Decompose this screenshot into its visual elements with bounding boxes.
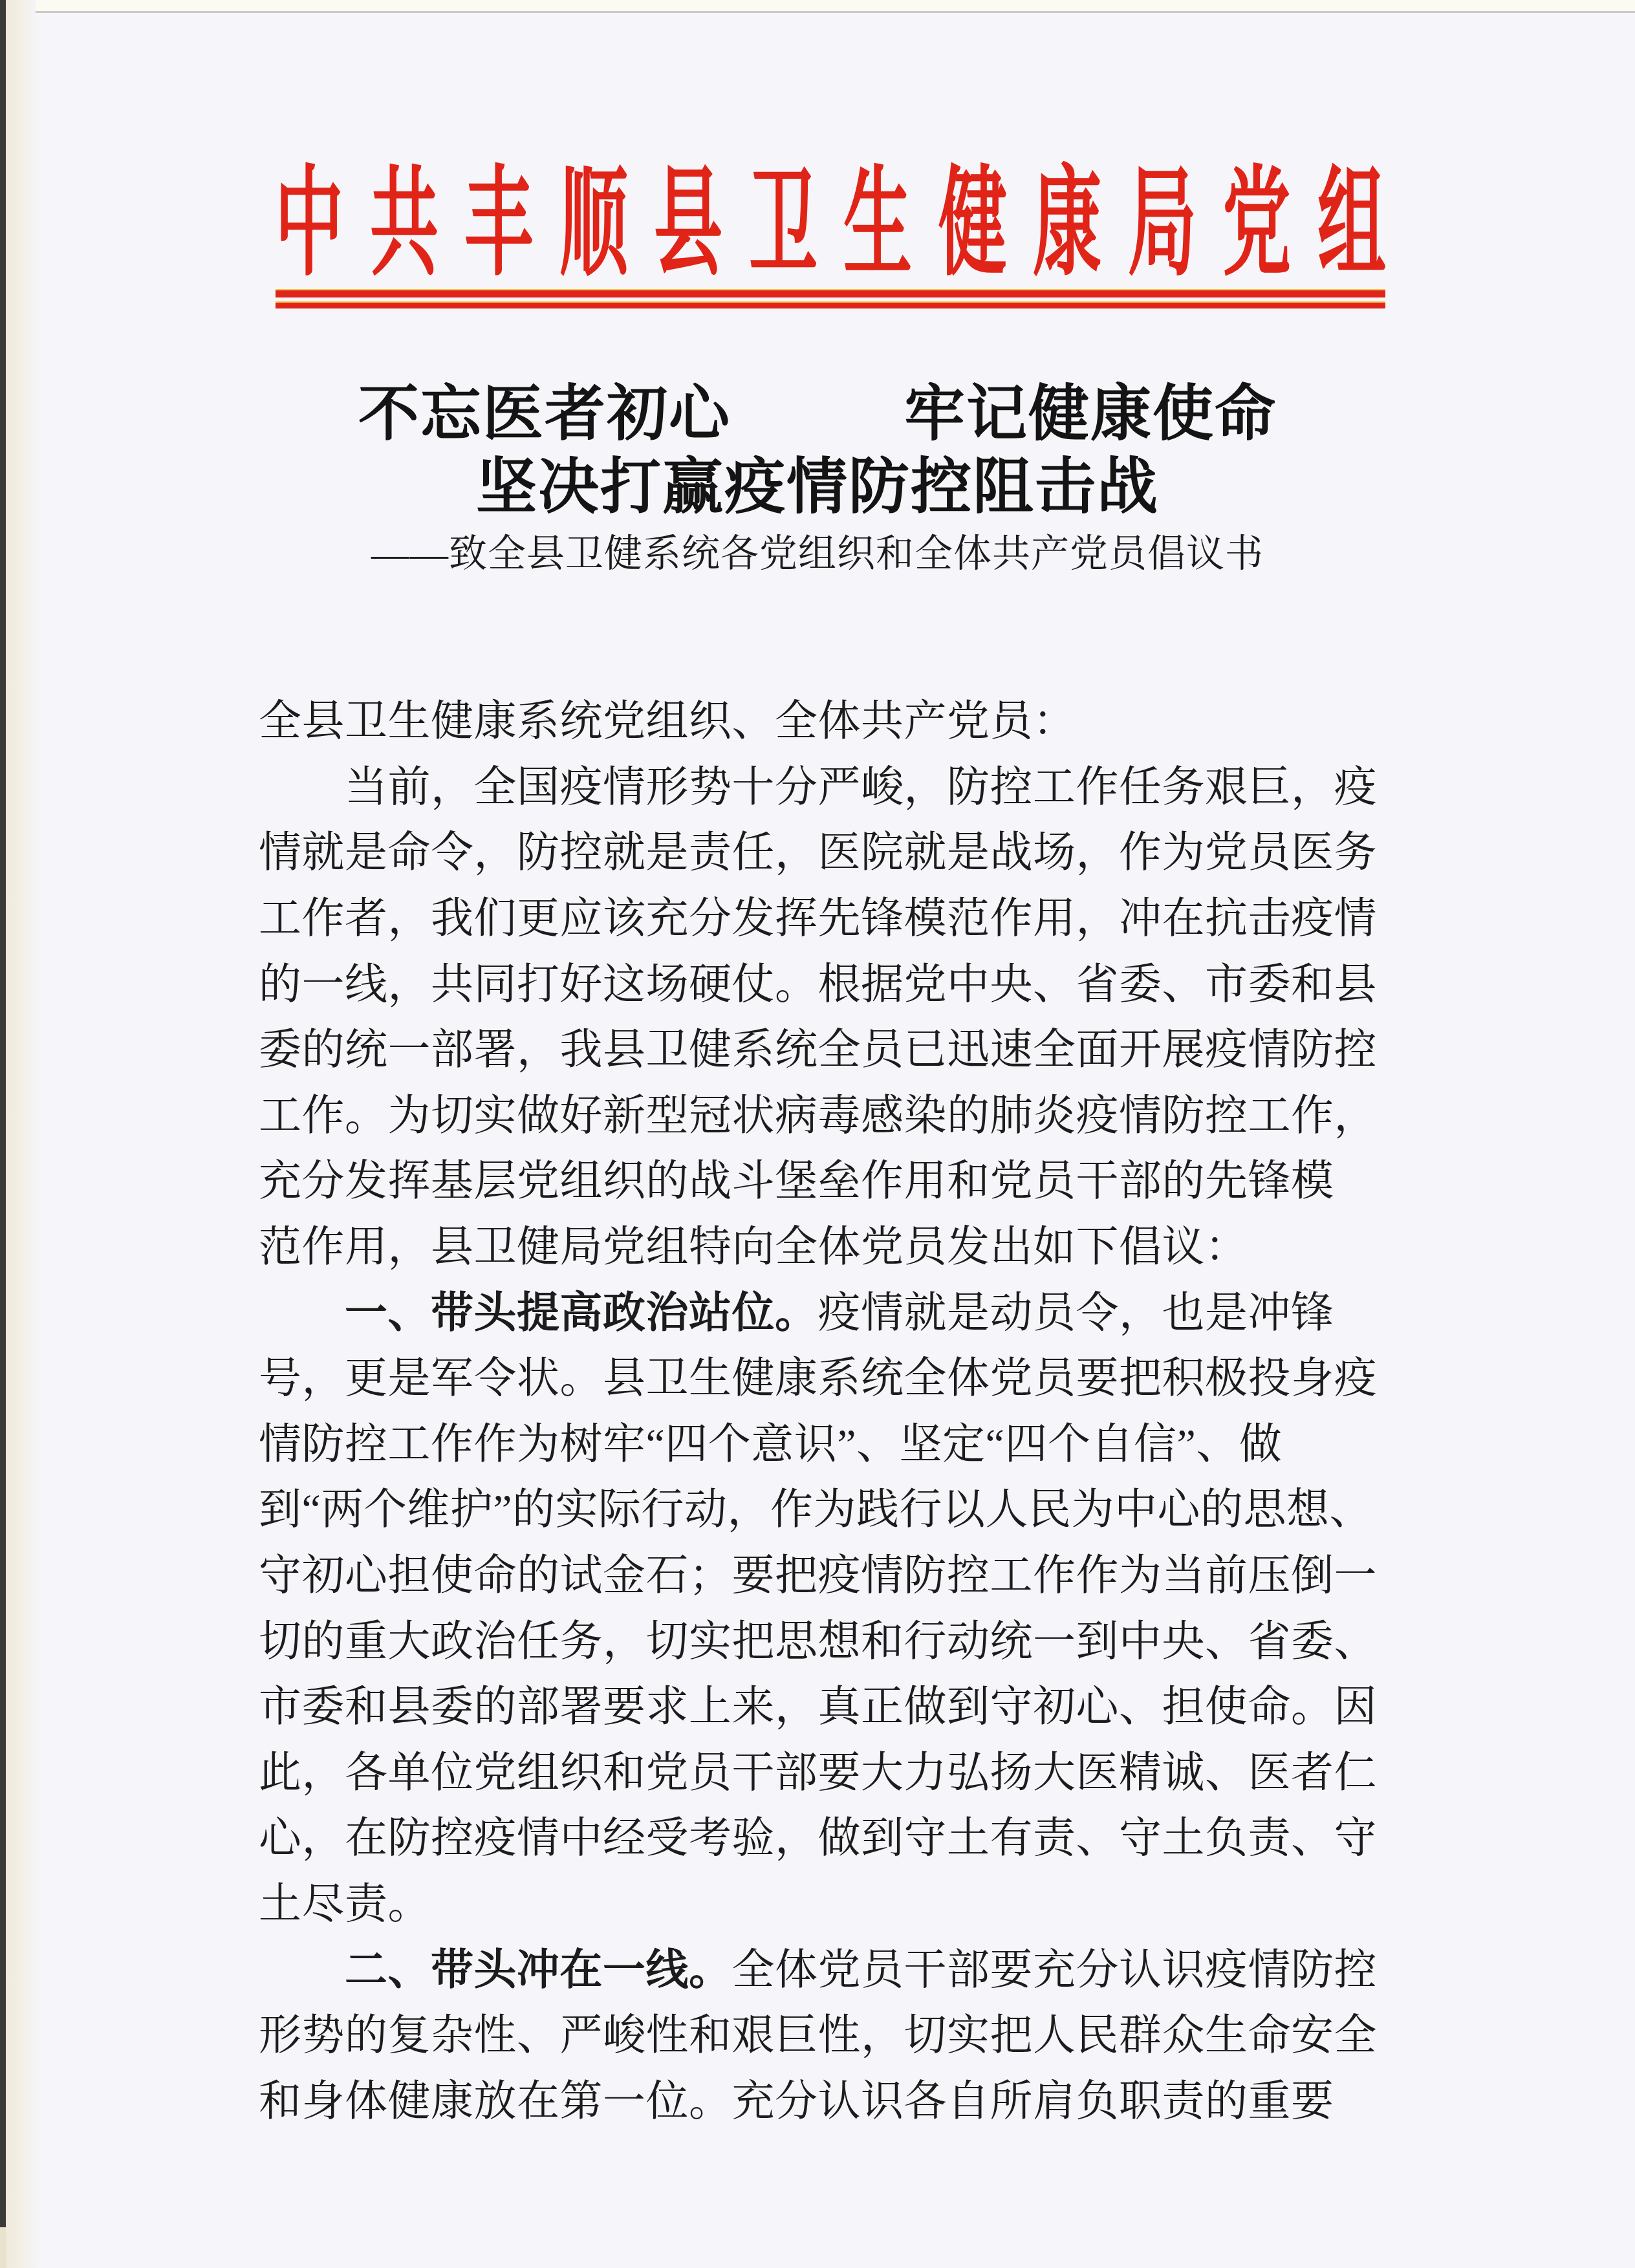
body-segment: 全体党员干部要充分认识疫情防控: [732, 1935, 1378, 1996]
body-line: 市委和县委的部署要求上来，真正做到守初心、担使命。因: [259, 1670, 1397, 1736]
document-title-line1: 不忘医者初心 牢记健康使命: [0, 378, 1635, 450]
letterhead-char: 康: [1033, 166, 1101, 285]
letterhead-char: 共: [369, 166, 438, 285]
body-segment: 情防控工作作为树牢“四个意识”、坚定“四个自信”、做: [259, 1409, 1282, 1471]
body-segment: 范作用，县卫健局党组特向全体党员发出如下倡议：: [259, 1212, 1248, 1273]
body-line: 土尽责。: [259, 1867, 1397, 1933]
title-part1: 不忘医者初心: [358, 378, 731, 450]
letterhead-char: 生: [843, 166, 912, 285]
body-segment: 当前，全国疫情形势十分严峻，防控工作任务艰巨，疫: [345, 752, 1377, 814]
body-line: 情就是命令，防控就是责任，医院就是战场，作为党员医务: [259, 815, 1397, 881]
letterhead-rule-thick: [276, 289, 1385, 297]
body-segment: 此，各单位党组织和党员干部要大力弘扬大医精诚、医者仁: [259, 1738, 1377, 1799]
letterhead-char: 健: [938, 166, 1007, 285]
body-segment: 到“两个维护”的实际行动，作为践行以人民为中心的思想、: [259, 1474, 1372, 1536]
body-line: 充分发挥基层党组织的战斗堡垒作用和党员干部的先锋模: [259, 1144, 1397, 1210]
body-segment: 的一线，共同打好这场硬仗。根据党中央、省委、市委和县: [259, 949, 1377, 1011]
title-part2: 牢记健康使命: [904, 378, 1277, 450]
body-segment: 情就是命令，防控就是责任，医院就是战场，作为党员医务: [259, 817, 1377, 879]
body-line: 切的重大政治任务，切实把思想和行动统一到中央、省委、: [259, 1604, 1397, 1670]
body-line: 当前，全国疫情形势十分严峻，防控工作任务艰巨，疫: [259, 750, 1397, 816]
letterhead-org-name: 中共丰顺县卫生健康局党组: [276, 163, 1385, 290]
body-line: 二、带头冲在一线。全体党员干部要充分认识疫情防控: [259, 1932, 1397, 1998]
body-line: 到“两个维护”的实际行动，作为践行以人民为中心的思想、: [259, 1473, 1397, 1539]
body-line: 心，在防控疫情中经受考验，做到守土有责、守土负责、守: [259, 1801, 1397, 1867]
letterhead-rule-thin: [276, 301, 1385, 308]
letterhead-char: 卫: [749, 166, 817, 285]
body-line: 此，各单位党组织和党员干部要大力弘扬大医精诚、医者仁: [259, 1736, 1397, 1802]
body-line: 工作。为切实做好新型冠状病毒感染的肺炎疫情防控工作，: [259, 1079, 1397, 1145]
letterhead-char: 组: [1317, 166, 1386, 285]
scan-top-margin: [36, 0, 1635, 11]
document-subtitle: ——致全县卫健系统各党组织和全体共产党员倡议书: [0, 530, 1635, 578]
body-segment: 号，更是军令状。县卫生健康系统全体党员要把积极投身疫: [259, 1343, 1377, 1405]
body-segment: 疫情就是动员令，也是冲锋: [818, 1278, 1334, 1339]
body-line: 全县卫生健康系统党组织、全体共产党员：: [259, 684, 1397, 750]
letterhead-char: 党: [1222, 166, 1291, 285]
scan-left-edge-bottom: [0, 2227, 6, 2268]
body-line: 形势的复杂性、严峻性和艰巨性，切实把人民群众生命安全: [259, 1998, 1397, 2064]
scanned-document-page: 中共丰顺县卫生健康局党组 不忘医者初心 牢记健康使命 坚决打赢疫情防控阻击战 —…: [0, 0, 1635, 2268]
body-segment-bold: 二、带头冲在一线。: [345, 1935, 732, 1996]
body-segment-bold: 一、带头提高政治站位。: [345, 1278, 818, 1339]
body-segment: 和身体健康放在第一位。充分认识各自所肩负职责的重要: [259, 2066, 1334, 2128]
body-segment: 守初心担使命的试金石；要把疫情防控工作作为当前压倒一: [259, 1540, 1377, 1602]
body-segment: 工作者，我们更应该充分发挥先锋模范作用，冲在抗击疫情: [259, 883, 1377, 945]
body-segment: 全县卫生健康系统党组织、全体共产党员：: [259, 686, 1076, 748]
body-segment: 充分发挥基层党组织的战斗堡垒作用和党员干部的先锋模: [259, 1146, 1334, 1207]
body-segment: 心，在防控疫情中经受考验，做到守土有责、守土负责、守: [259, 1803, 1377, 1864]
body-segment: 切的重大政治任务，切实把思想和行动统一到中央、省委、: [259, 1606, 1377, 1668]
body-line: 委的统一部署，我县卫健系统全员已迅速全面开展疫情防控: [259, 1013, 1397, 1079]
scan-left-shading: [6, 0, 39, 2268]
scan-left-edge: [0, 0, 6, 2227]
body-segment: 土尽责。: [259, 1869, 431, 1930]
body-line: 号，更是军令状。县卫生健康系统全体党员要把积极投身疫: [259, 1341, 1397, 1407]
letterhead-char: 丰: [464, 166, 533, 285]
letterhead-char: 顺: [559, 166, 628, 285]
body-line: 范作用，县卫健局党组特向全体党员发出如下倡议：: [259, 1210, 1397, 1276]
body-segment: 工作。为切实做好新型冠状病毒感染的肺炎疫情防控工作，: [259, 1081, 1377, 1142]
body-segment: 委的统一部署，我县卫健系统全员已迅速全面开展疫情防控: [259, 1015, 1377, 1076]
scan-top-edge-line: [36, 11, 1635, 13]
body-line: 情防控工作作为树牢“四个意识”、坚定“四个自信”、做: [259, 1407, 1397, 1473]
body-line: 守初心担使命的试金石；要把疫情防控工作作为当前压倒一: [259, 1539, 1397, 1604]
body-segment: 形势的复杂性、严峻性和艰巨性，切实把人民群众生命安全: [259, 2000, 1377, 2062]
letterhead-char: 中: [275, 166, 343, 285]
document-body: 全县卫生健康系统党组织、全体共产党员：当前，全国疫情形势十分严峻，防控工作任务艰…: [259, 684, 1397, 2130]
body-line: 和身体健康放在第一位。充分认识各自所肩负职责的重要: [259, 2064, 1397, 2130]
body-segment: 市委和县委的部署要求上来，真正做到守初心、担使命。因: [259, 1672, 1377, 1733]
body-line: 的一线，共同打好这场硬仗。根据党中央、省委、市委和县: [259, 947, 1397, 1013]
body-line: 一、带头提高政治站位。疫情就是动员令，也是冲锋: [259, 1275, 1397, 1341]
letterhead-char: 局: [1128, 166, 1196, 285]
body-line: 工作者，我们更应该充分发挥先锋模范作用，冲在抗击疫情: [259, 881, 1397, 947]
letterhead-char: 县: [654, 166, 722, 285]
document-title-line2: 坚决打赢疫情防控阻击战: [0, 451, 1635, 523]
